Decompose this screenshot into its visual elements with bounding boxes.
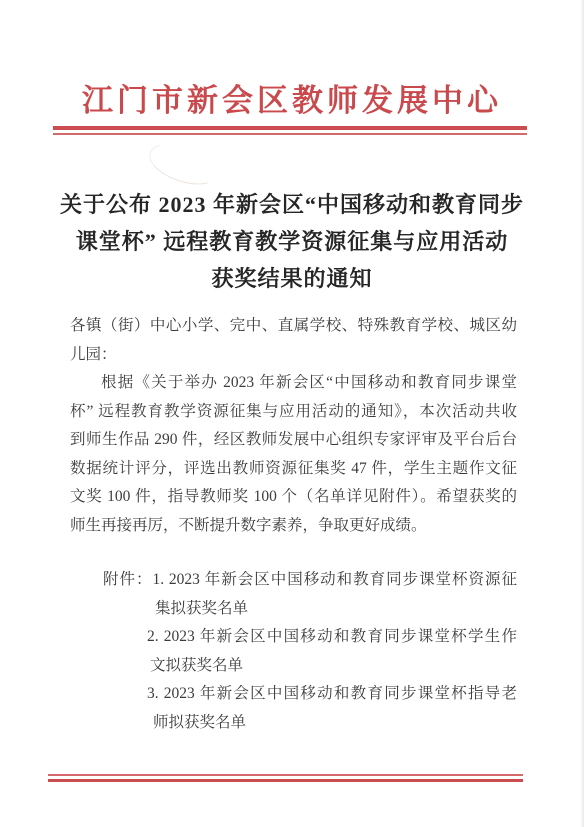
title-line-3: 获奖结果的通知 xyxy=(20,260,564,297)
paragraph-line-1: 根据《关于举办 2023 年新会区“中国移动和教育同步课堂 xyxy=(70,369,517,398)
title-line-2: 课堂杯” 远程教育教学资源征集与应用活动 xyxy=(20,223,564,260)
letterhead-rule-thin xyxy=(53,133,527,135)
paragraph-line-2: 杯” 远程教育教学资源征集与应用活动的通知》，本次活动共收 xyxy=(70,398,517,427)
page-edge-shadow xyxy=(580,0,584,827)
document-page: 江门市新会区教师发展中心 关于公布 2023 年新会区“中国移动和教育同步 课堂… xyxy=(0,0,584,827)
attachment-3-line-2: 师拟获奖名单 xyxy=(70,709,517,738)
attachments-section: 附件：1. 2023 年新会区中国移动和教育同步课堂杯资源征 集拟获奖名单 2.… xyxy=(70,566,517,737)
paragraph-line-5: 文奖 100 件，指导教师奖 100 个（名单详见附件）。希望获奖的 xyxy=(70,483,517,512)
body-text: 各镇（街）中心小学、完中、直属学校、特殊教育学校、城区幼 儿园： 根据《关于举办… xyxy=(70,312,517,540)
footer-double-rule xyxy=(48,774,523,782)
attachment-1-line-2: 集拟获奖名单 xyxy=(70,595,517,624)
footer-rule-thick xyxy=(48,779,523,783)
letterhead-double-rule xyxy=(53,126,527,135)
attachment-1-line-1: 附件：1. 2023 年新会区中国移动和教育同步课堂杯资源征 xyxy=(70,566,517,595)
document-title: 关于公布 2023 年新会区“中国移动和教育同步 课堂杯” 远程教育教学资源征集… xyxy=(20,186,564,297)
letterhead-org-name: 江门市新会区教师发展中心 xyxy=(0,80,584,122)
paragraph-line-3: 到师生作品 290 件，经区教师发展中心组织专家评审及平台后台 xyxy=(70,426,517,455)
paragraph-line-6: 师生再接再厉，不断提升数字素养，争取更好成绩。 xyxy=(70,512,517,541)
title-line-1: 关于公布 2023 年新会区“中国移动和教育同步 xyxy=(20,186,564,223)
salutation-line-2: 儿园： xyxy=(70,341,517,370)
paragraph-line-4: 数据统计评分，评选出教师资源征集奖 47 件，学生主题作文征 xyxy=(70,455,517,484)
salutation-line-1: 各镇（街）中心小学、完中、直属学校、特殊教育学校、城区幼 xyxy=(70,312,517,341)
attachment-2-line-2: 文拟获奖名单 xyxy=(70,652,517,681)
scan-artifact xyxy=(144,136,224,192)
attachment-3-line-1: 3. 2023 年新会区中国移动和教育同步课堂杯指导老 xyxy=(70,680,517,709)
attachment-2-line-1: 2. 2023 年新会区中国移动和教育同步课堂杯学生作 xyxy=(70,623,517,652)
